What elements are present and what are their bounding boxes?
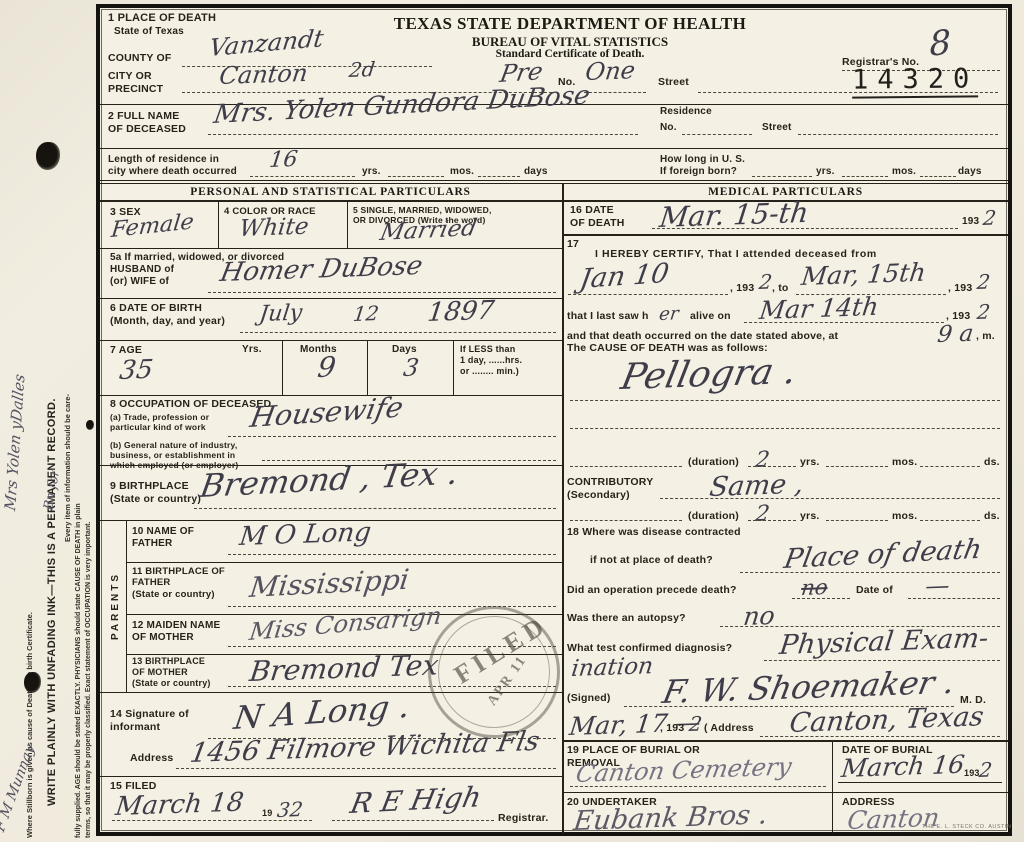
dotted-line [112, 820, 312, 821]
sign-address-label: ( Address [704, 722, 754, 735]
if-not-at-place-label: if not at place of death? [590, 554, 713, 567]
dotted-line [908, 598, 1000, 599]
operation-label: Did an operation precede death? [567, 584, 737, 597]
father-name-value: M O Long [238, 519, 373, 550]
dotted-line [752, 176, 812, 177]
physician-signature-value: F. W. Shoemaker . [660, 666, 958, 708]
days-label: days [524, 166, 548, 178]
dotted-line [176, 768, 556, 769]
dotted-line [740, 572, 1000, 573]
rule-line [100, 148, 1008, 149]
residence-street-line [798, 134, 998, 135]
if-not-at-place-value: Place of death [782, 536, 984, 573]
occupation-label: 8 OCCUPATION OF DECEASED [110, 398, 271, 411]
father-birthplace-value: Mississippi [248, 566, 411, 602]
disease-contracted-label: 18 Where was disease contracted [567, 526, 741, 539]
cell-divider [453, 340, 454, 395]
filed-date-stamp: FILED APR 11 [428, 606, 560, 738]
rule-line [563, 792, 1008, 793]
city-value-3: Pre [498, 59, 545, 86]
residence-label: Residence [660, 106, 712, 118]
last-saw-pre-label: that I last saw h [567, 310, 649, 323]
item-17-label: 17 [567, 238, 579, 251]
margin-paragraph-line1: Every item of information should be care… [63, 394, 72, 542]
cause-of-death-value: Pellogra . [618, 354, 800, 396]
dotted-line [250, 176, 355, 177]
dotted-line [748, 520, 796, 521]
mother-maiden-name-value: Miss Consarign [248, 604, 443, 644]
dotted-line [842, 176, 888, 177]
length-years-value: 16 [268, 149, 299, 172]
mother-birthplace-value: Bremond Tex [248, 651, 440, 686]
document-title: TEXAS STATE DEPARTMENT OF HEALTH [350, 14, 790, 34]
full-name-label: 2 FULL NAME OF DECEASED [108, 110, 186, 135]
rule-line [100, 248, 562, 249]
occupation-trade-value: Housewife [248, 394, 405, 432]
sex-value: Female [110, 212, 195, 242]
dotted-line [568, 294, 728, 295]
last-saw-her-value: er [658, 305, 680, 324]
filed-year-printed: 19 [262, 808, 272, 819]
street-label: Street [658, 76, 689, 89]
dotted-line [792, 598, 850, 599]
dotted-line [228, 436, 556, 437]
mother-maiden-name-label: 12 MAIDEN NAME OF MOTHER [132, 620, 220, 644]
place-of-burial-value: Canton Cemetery [574, 755, 793, 786]
dob-day-value: 12 [352, 303, 380, 324]
county-value: Vanzandt [208, 26, 325, 60]
death-time-suffix: , m. [976, 330, 995, 343]
date-of-death-label: 16 DATE OF DEATH [570, 204, 625, 229]
sign-year-printed: , 193 [660, 722, 684, 735]
death-certificate-scan: Where Stillborn is given as cause of Dea… [0, 0, 1024, 842]
column-divider [562, 184, 564, 833]
autopsy-label: Was there an autopsy? [567, 612, 686, 625]
duration2-yrs-label: yrs. [800, 510, 819, 523]
state-of-texas-label: State of Texas [114, 26, 184, 38]
rule-line [563, 740, 1008, 742]
dotted-line [748, 466, 796, 467]
how-long-in-us-label: How long in U. S. If foreign born? [660, 154, 745, 178]
yrs-label: yrs. [362, 166, 381, 178]
death-time-value: 9 a [936, 323, 975, 347]
dotted-line [744, 322, 944, 323]
precinct-no-line [584, 92, 646, 93]
dob-month-value: July [258, 303, 303, 326]
diagnosis-value-continued: ination [570, 655, 654, 681]
last-saw-mid-label: alive on [690, 310, 731, 323]
dotted-line [240, 332, 556, 333]
dod-year-value: 2 [982, 208, 997, 228]
cell-divider [347, 200, 348, 248]
rule-line [100, 776, 562, 777]
ink-blot [36, 142, 60, 170]
from-year-printed: , 193 [730, 282, 754, 295]
duration-yrs-label: yrs. [800, 456, 819, 469]
full-name-line [208, 134, 638, 135]
registrar-signature-value: R E High [348, 783, 484, 818]
dotted-line [570, 400, 1000, 401]
last-saw-date-value: Mar 14th [758, 294, 880, 323]
dotted-line [760, 736, 1000, 737]
cell-divider [367, 340, 368, 395]
from-year-value: 2 [758, 272, 773, 292]
sign-address-value: Canton, Texas [788, 703, 985, 737]
date-of-birth-label: 6 DATE OF BIRTH (Month, day, and year) [110, 302, 225, 327]
to-label: , to [772, 282, 789, 295]
to-year-value: 2 [976, 272, 991, 292]
city-precinct-label: CITY OR PRECINCT [108, 70, 163, 95]
age-value: 35 [118, 357, 154, 384]
undertaker-value: Eubank Bros . [572, 801, 769, 835]
dotted-line [478, 176, 520, 177]
spouse-value: Homer DuBose [218, 253, 425, 286]
dotted-line [228, 554, 556, 555]
certificate-form: 1 PLACE OF DEATH State of Texas COUNTY O… [96, 4, 1012, 836]
dotted-line [764, 660, 1000, 661]
rule-line [838, 782, 1002, 783]
informant-signature-value: N A Long . [232, 690, 412, 734]
contributory-value: Same , [708, 471, 805, 501]
rule-line [126, 562, 562, 563]
to-year-printed: , 193 [948, 282, 972, 295]
dotted-line [920, 176, 956, 177]
duration-ds-label: ds. [984, 456, 1000, 469]
cell-divider [218, 200, 219, 248]
dod-year-printed: 193 [962, 216, 979, 228]
document-subtitle-2: Standard Certificate of Death. [350, 48, 790, 60]
margin-paragraph-line3: terms, so that it may be properly classi… [85, 522, 92, 838]
length-of-residence-label: Length of residence in city where death … [108, 154, 237, 178]
filed-year-value: 32 [276, 799, 304, 820]
duration-years-value: 2 [754, 450, 771, 472]
full-name-value: Mrs. Yolen Gundora DuBose [212, 83, 592, 128]
us-days-label: days [958, 166, 982, 178]
sign-year-value: 2 [688, 714, 703, 734]
contributory-label: CONTRIBUTORY (Secondary) [567, 476, 653, 501]
occupation-trade-label: (a) Trade, profession or particular kind… [110, 412, 209, 432]
dotted-line [920, 520, 980, 521]
dotted-line [570, 520, 682, 521]
dotted-line [920, 466, 980, 467]
place-of-death-label: 1 PLACE OF DEATH [108, 12, 216, 25]
city-value: Canton [218, 61, 309, 88]
informant-signature-label: 14 Signature of informant [110, 708, 189, 733]
certify-statement: I HEREBY CERTIFY, That I attended deceas… [595, 248, 877, 261]
parents-side-strip: PARENTS [104, 520, 127, 692]
rule-line [100, 340, 562, 341]
residence-no-line [682, 134, 752, 135]
age-yrs-label: Yrs. [242, 344, 262, 356]
race-value: White [238, 216, 310, 241]
margin-stillborn-note: Where Stillborn is given as cause of Dea… [25, 612, 34, 838]
marital-status-value: Married [378, 217, 479, 245]
duration2-ds-label: ds. [984, 510, 1000, 523]
birthplace-label: 9 BIRTHPLACE (State or country) [110, 480, 201, 505]
personal-particulars-header: PERSONAL AND STATISTICAL PARTICULARS [100, 186, 561, 198]
dotted-line [826, 466, 888, 467]
dotted-line [332, 820, 494, 821]
dotted-line [826, 520, 888, 521]
dotted-line [388, 176, 444, 177]
duration-label: (duration) [688, 456, 739, 469]
mother-birthplace-label: 13 BIRTHPLACE OF MOTHER (State or countr… [132, 656, 211, 688]
dotted-line [652, 228, 958, 229]
operation-date-value: — [924, 573, 951, 598]
dotted-line [194, 508, 556, 509]
residence-no-label: No. [660, 122, 677, 134]
signed-label: (Signed) [567, 692, 611, 705]
city-value-2: 2d [348, 59, 376, 80]
filed-date-value: March 18 [114, 790, 245, 820]
county-label: COUNTY OF [108, 52, 171, 65]
age-less-than-label: If LESS than 1 day, ......hrs. or ......… [460, 344, 522, 376]
cell-divider [282, 340, 283, 395]
double-rule-line [100, 180, 1008, 184]
duration2-mos-label: mos. [892, 510, 917, 523]
father-name-label: 10 NAME OF FATHER [132, 526, 194, 550]
margin-handwritten-note: Mrs Yolen yDalles [3, 373, 27, 512]
dotted-line [208, 292, 556, 293]
informant-address-label: Address [130, 752, 173, 765]
age-months-value: 9 [316, 353, 337, 382]
us-yrs-label: yrs. [816, 166, 835, 178]
margin-paragraph-line2: fully supplied. AGE should be stated EXA… [75, 503, 82, 838]
duration2-years-value: 2 [754, 504, 771, 526]
diagnosis-value: Physical Exam- [778, 625, 990, 659]
attended-to-value: Mar, 15th [800, 260, 927, 289]
dotted-line [570, 466, 682, 467]
father-birthplace-label: 11 BIRTHPLACE OF FATHER (State or countr… [132, 566, 225, 600]
printer-mark: THE E. L. STECK CO. AUSTIN [922, 824, 1011, 830]
registrar-title-label: Registrar. [498, 812, 548, 825]
ink-blot [86, 420, 94, 430]
margin-write-plainly-note: WRITE PLAINLY WITH UNFADING INK—THIS IS … [46, 398, 58, 806]
burial-year-value: 2 [978, 760, 993, 780]
dob-year-value: 1897 [426, 298, 496, 326]
date-of-burial-value: March 16 [840, 752, 966, 781]
rule-line [563, 234, 1008, 236]
last-saw-year-value: 2 [976, 302, 991, 322]
rule-line [100, 200, 1008, 202]
us-mos-label: mos. [892, 166, 916, 178]
dotted-line [660, 498, 1000, 499]
cell-divider [832, 740, 833, 833]
duration2-label: (duration) [688, 510, 739, 523]
ink-blot [24, 672, 41, 693]
dotted-line [570, 428, 1000, 429]
registrar-no-value: 8 [929, 25, 952, 62]
duration-mos-label: mos. [892, 456, 917, 469]
operation-value: no [800, 577, 829, 599]
attended-from-value: Jan 10 [578, 260, 671, 293]
dotted-line [570, 786, 826, 787]
operation-date-of-label: Date of [856, 584, 893, 597]
certificate-number-stamp: 14320 [852, 63, 979, 98]
mos-label: mos. [450, 166, 474, 178]
parents-side-label: PARENTS [110, 572, 121, 640]
death-occurred-statement: and that death occurred on the date stat… [567, 330, 838, 343]
age-days-value: 3 [402, 355, 420, 380]
residence-street-label: Street [762, 122, 792, 134]
